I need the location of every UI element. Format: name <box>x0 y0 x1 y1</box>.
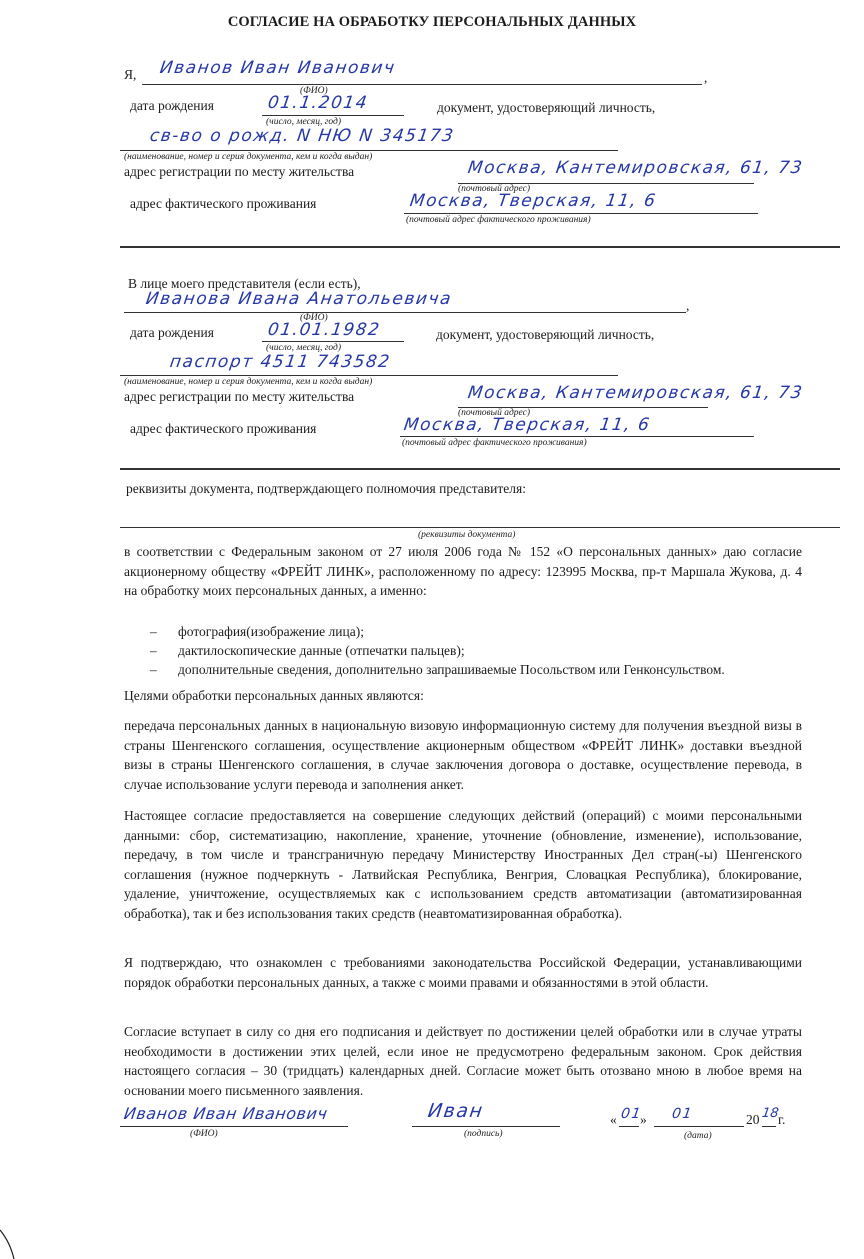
subject-doc-label: документ, удостоверяющий личность, <box>437 100 655 116</box>
representative-doc-underline <box>120 375 618 376</box>
representative-actual-field[interactable]: Москва, Тверская, 11, 6 <box>403 415 652 435</box>
confirmation-paragraph: Я подтверждаю, что ознакомлен с требован… <box>124 953 802 992</box>
data-items-list: –фотография(изображение лица); –дактилос… <box>150 622 725 679</box>
subject-fio-comma: , <box>704 70 707 86</box>
document-title: СОГЛАСИЕ НА ОБРАБОТКУ ПЕРСОНАЛЬНЫХ ДАННЫ… <box>0 14 864 31</box>
subject-prefix: Я, <box>124 67 136 83</box>
signature-field[interactable]: Иван <box>426 1100 485 1122</box>
representative-actual-underline <box>400 436 754 437</box>
signature-underline <box>412 1126 560 1127</box>
date-close-quote: » <box>640 1112 647 1128</box>
representative-doc-label: документ, удостоверяющий личность, <box>436 327 654 343</box>
date-year-field[interactable]: 18 <box>761 1106 780 1121</box>
signature-caption: (подпись) <box>464 1129 503 1139</box>
date-caption: (дата) <box>684 1131 712 1141</box>
representative-fio-field[interactable]: Иванова Ивана Анатольевича <box>145 289 454 309</box>
representative-fio-underline <box>124 312 686 313</box>
signer-fio-field[interactable]: Иванов Иван Иванович <box>123 1104 329 1123</box>
subject-reg-label: адрес регистрации по месту жительства <box>124 164 354 180</box>
representative-doc-field[interactable]: паспорт 4511 743582 <box>169 352 392 372</box>
authority-caption: (реквизиты документа) <box>418 530 515 540</box>
subject-doc-underline <box>120 150 618 151</box>
representative-actual-caption: (почтовый адрес фактического проживания) <box>402 438 587 448</box>
representative-birth-label: дата рождения <box>130 325 214 341</box>
subject-doc-caption: (наименование, номер и серия документа, … <box>124 152 372 162</box>
list-item: –фотография(изображение лица); <box>150 622 725 641</box>
date-year-unit: г. <box>778 1112 785 1128</box>
subject-birth-field[interactable]: 01.1.2014 <box>267 93 370 113</box>
consent-intro-paragraph: в соответствии с Федеральным законом от … <box>124 542 802 601</box>
subject-reg-field[interactable]: Москва, Кантемировская, 61, 73 <box>467 158 805 178</box>
scan-edge-artifact <box>0 1228 20 1259</box>
representative-fio-comma: , <box>686 298 689 314</box>
validity-paragraph: Согласие вступает в силу со дня его подп… <box>124 1022 802 1100</box>
subject-birth-label: дата рождения <box>130 98 214 114</box>
date-year-underline <box>762 1126 776 1127</box>
representative-birth-field[interactable]: 01.01.1982 <box>267 320 382 340</box>
list-item: –дополнительные сведения, дополнительно … <box>150 660 725 679</box>
representative-reg-field[interactable]: Москва, Кантемировская, 61, 73 <box>467 383 805 403</box>
date-year-prefix: 20 <box>746 1112 760 1128</box>
representative-actual-label: адрес фактического проживания <box>130 421 316 437</box>
signer-fio-caption: (ФИО) <box>190 1129 218 1139</box>
signer-fio-underline <box>120 1126 348 1127</box>
date-month-field[interactable]: 01 <box>671 1106 694 1122</box>
subject-birth-underline <box>262 115 404 116</box>
section-divider <box>120 246 840 248</box>
date-month-underline <box>654 1126 744 1127</box>
subject-fio-underline <box>142 84 702 85</box>
date-day-underline <box>619 1126 639 1127</box>
subject-actual-caption: (почтовый адрес фактического проживания) <box>406 215 591 225</box>
subject-actual-label: адрес фактического проживания <box>130 196 316 212</box>
representative-reg-label: адрес регистрации по месту жительства <box>124 389 354 405</box>
date-open-quote: « <box>610 1112 617 1128</box>
subject-actual-field[interactable]: Москва, Тверская, 11, 6 <box>409 191 658 211</box>
authority-underline <box>120 527 840 528</box>
subject-actual-underline <box>404 213 758 214</box>
purposes-paragraph: передача персональных данных в националь… <box>124 716 802 794</box>
subject-doc-field[interactable]: св-во о рожд. N НЮ N 345173 <box>149 126 456 146</box>
subject-fio-field[interactable]: Иванов Иван Иванович <box>159 58 397 78</box>
representative-birth-underline <box>262 341 404 342</box>
list-item: –дактилоскопические данные (отпечатки па… <box>150 641 725 660</box>
actions-paragraph: Настоящее согласие предоставляется на со… <box>124 806 802 923</box>
representative-doc-caption: (наименование, номер и серия документа, … <box>124 377 372 387</box>
authority-label: реквизиты документа, подтверждающего пол… <box>126 481 526 497</box>
purposes-heading: Целями обработки персональных данных явл… <box>124 688 424 704</box>
section-divider <box>120 468 840 470</box>
